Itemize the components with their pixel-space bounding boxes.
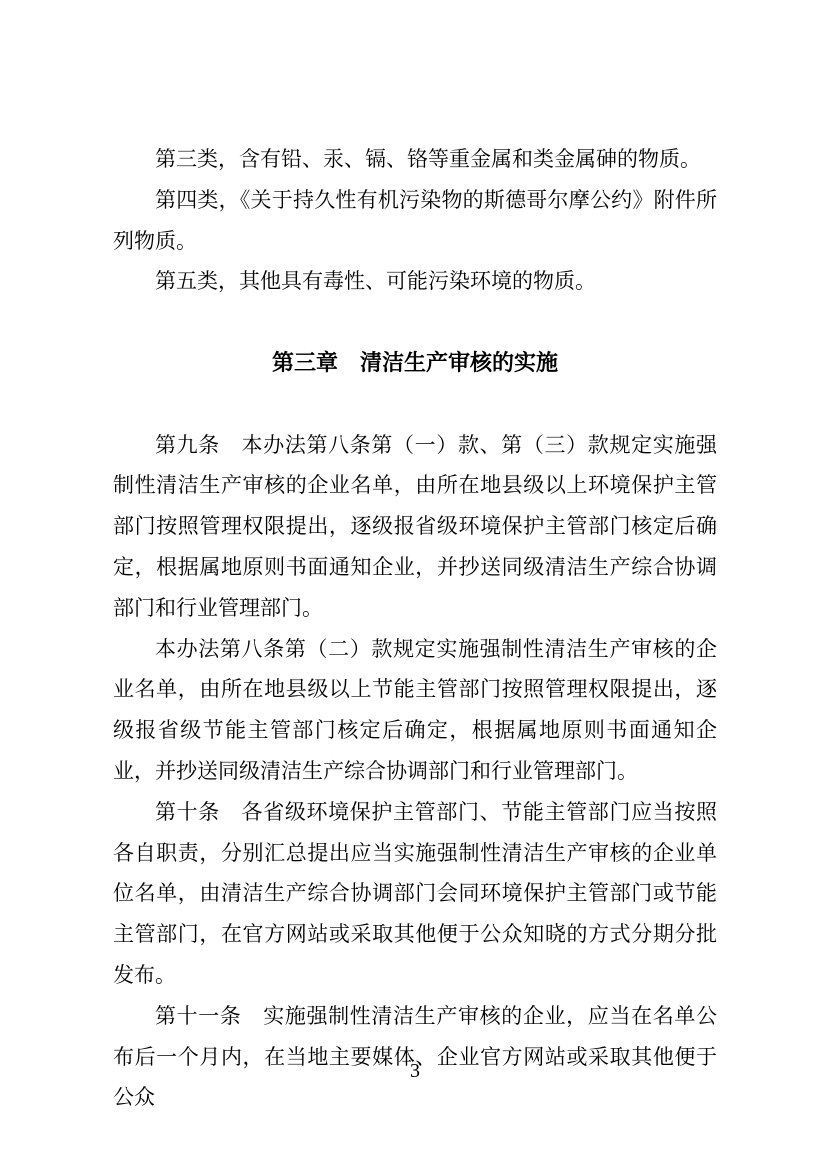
classification-item-5: 第五类，其他具有毒性、可能污染环境的物质。 (113, 261, 717, 302)
article-11-paragraph: 第十一条 实施强制性清洁生产审核的企业，应当在名单公布后一个月内，在当地主要媒体… (113, 996, 717, 1118)
article-10-paragraph: 第十条 各省级环境保护主管部门、节能主管部门应当按照各自职责，分别汇总提出应当实… (113, 792, 717, 996)
chapter-heading: 第三章 清洁生产审核的实施 (113, 343, 717, 384)
classification-item-3: 第三类，含有铅、汞、镉、铬等重金属和类金属砷的物质。 (113, 139, 717, 180)
article-9-paragraph: 第九条 本办法第八条第（一）款、第（三）款规定实施强制性清洁生产审核的企业名单，… (113, 425, 717, 629)
classification-item-4: 第四类，《关于持久性有机污染物的斯德哥尔摩公约》附件所列物质。 (113, 180, 717, 262)
document-page: 第三类，含有铅、汞、镉、铬等重金属和类金属砷的物质。 第四类，《关于持久性有机污… (0, 0, 827, 1169)
page-number: 3 (113, 1058, 717, 1084)
document-body: 第三类，含有铅、汞、镉、铬等重金属和类金属砷的物质。 第四类，《关于持久性有机污… (113, 139, 717, 1118)
article-9-paragraph-2: 本办法第八条第（二）款规定实施强制性清洁生产审核的企业名单，由所在地县级以上节能… (113, 629, 717, 792)
